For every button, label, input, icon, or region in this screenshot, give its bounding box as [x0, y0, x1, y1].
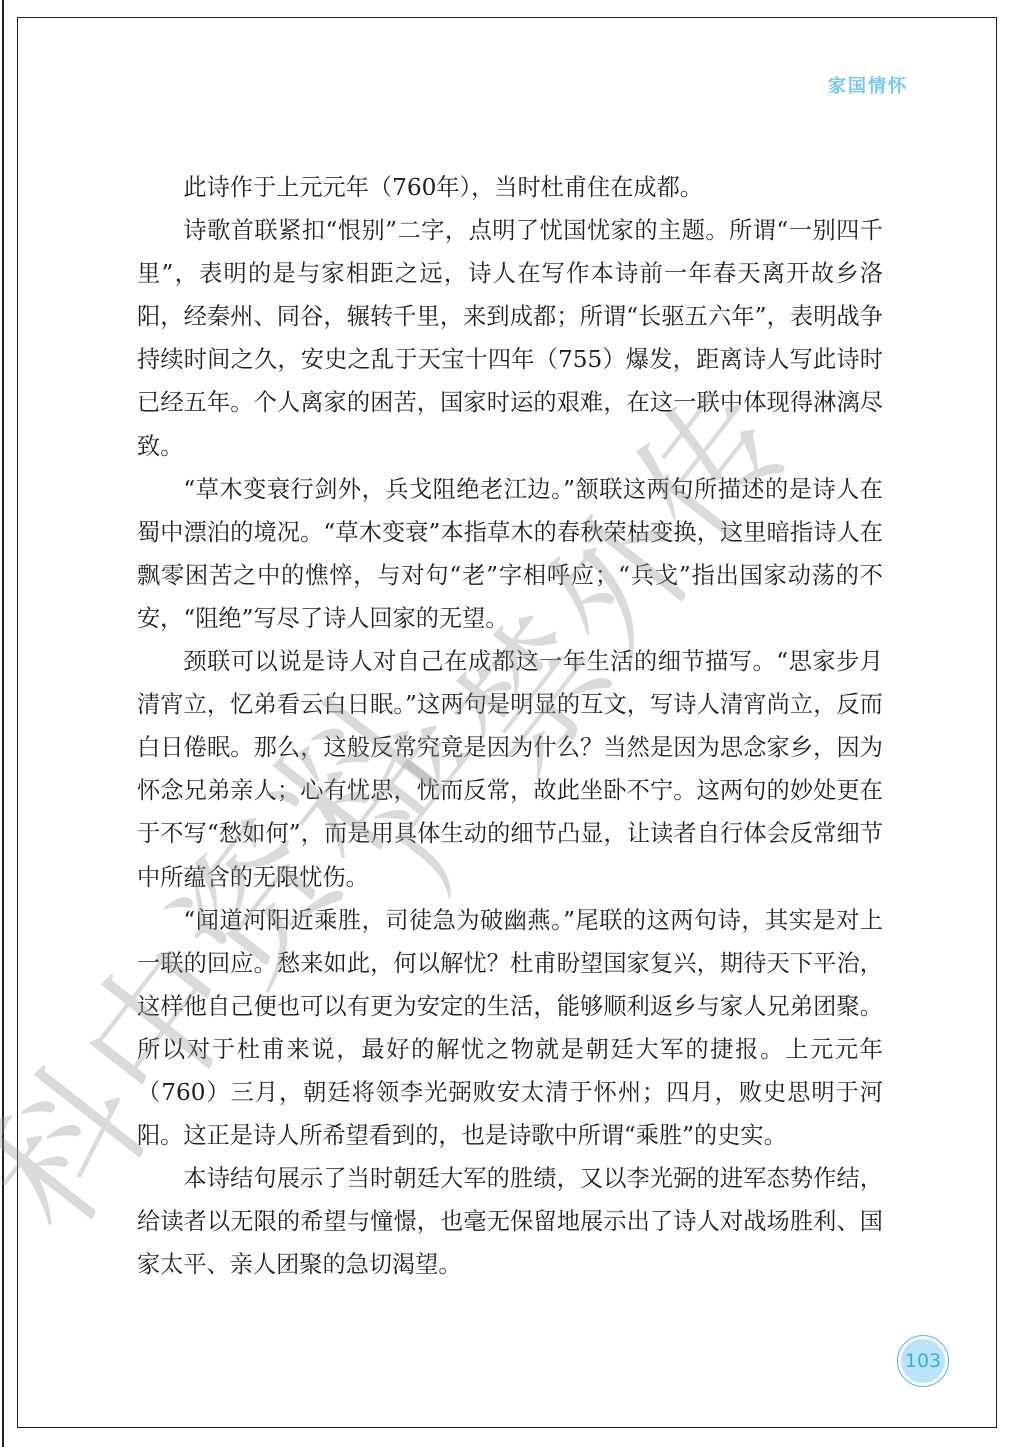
paragraph: 此诗作于上元元年（760年），当时杜甫住在成都。: [137, 166, 883, 209]
page-edge-line: [2, 0, 4, 1447]
paragraph: 诗歌首联紧扣“恨别”二字，点明了忧国忧家的主题。所谓“一别四千里”，表明的是与家…: [137, 209, 883, 468]
section-title: 家国情怀: [828, 72, 908, 98]
paragraph: “闻道河阳近乘胜，司徒急为破幽燕。”尾联的这两句诗，其实是对上一联的回应。愁来如…: [137, 899, 883, 1158]
paragraph: 本诗结句展示了当时朝廷大军的胜绩，又以李光弼的进军态势作结，给读者以无限的希望与…: [137, 1157, 883, 1286]
page-number: 103: [901, 1339, 945, 1383]
article-body: 此诗作于上元元年（760年），当时杜甫住在成都。 诗歌首联紧扣“恨别”二字，点明…: [137, 166, 883, 1286]
paragraph: 颈联可以说是诗人对自己在成都这一年生活的细节描写。“思家步月清宵立，忆弟看云白日…: [137, 640, 883, 899]
paragraph: “草木变衰行剑外，兵戈阻绝老江边。”颔联这两句所描述的是诗人在蜀中漂泊的境况。“…: [137, 468, 883, 640]
page-number-badge: 103: [897, 1335, 949, 1387]
